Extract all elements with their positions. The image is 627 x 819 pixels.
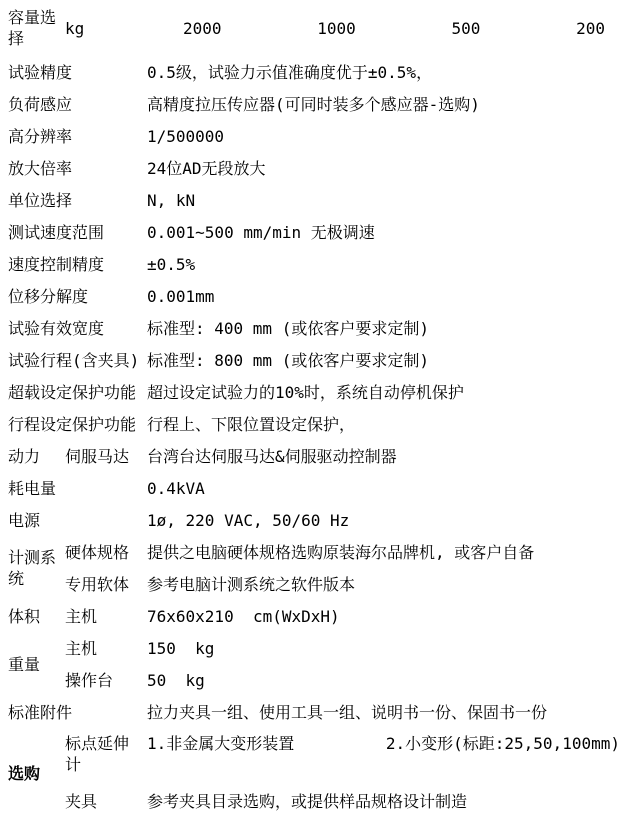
row-load-sensor: 负荷感应 高精度拉压传应器(可同时装多个感应器-选购) — [0, 88, 627, 120]
row-value: 76x60x210 cm(WxDxH) — [147, 606, 627, 627]
row-hardware-spec: 硬体规格 提供之电脑硬体规格选购原装海尔品牌机, 或客户自备 — [57, 536, 627, 568]
group-label: 重量 — [8, 654, 57, 675]
row-overload-protection: 超载设定保护功能 超过设定试验力的10%时，系统自动停机保护 — [0, 376, 627, 408]
row-weight-main-unit: 主机 150 kg — [57, 632, 627, 664]
extensometer-option-2: 2.小变形(标距:25,50,100mm) — [386, 733, 620, 754]
row-value: ±0.5% — [147, 254, 627, 275]
extensometer-option-1: 1.非金属大变形装置 — [147, 733, 294, 754]
row-dedicated-software: 专用软体 参考电脑计测系统之软件版本 — [57, 568, 627, 600]
row-label: 超载设定保护功能 — [8, 382, 147, 403]
row-unit-selection: 单位选择 N, kN — [0, 184, 627, 216]
row-capacity: 容量选择 kg 2000 1000 500 200 — [0, 0, 627, 56]
row-label: 测试速度范围 — [8, 222, 147, 243]
row-speed-control-accuracy: 速度控制精度 ±0.5% — [0, 248, 627, 280]
row-value: 1ø, 220 VAC, 50/60 Hz — [147, 510, 627, 531]
group-label: 计测系统 — [8, 547, 57, 589]
row-stroke-protection: 行程设定保护功能 行程上、下限位置设定保护， — [0, 408, 627, 440]
capacity-value-4: 200 — [576, 18, 605, 39]
row-value: 行程上、下限位置设定保护， — [147, 414, 627, 435]
row-stroke: 试验行程(含夹具) 标准型: 800 mm (或依客户要求定制) — [0, 344, 627, 376]
row-label: 试验精度 — [8, 62, 147, 83]
capacity-label: 容量选择 — [8, 7, 57, 49]
row-sublabel: 主机 — [57, 638, 147, 659]
row-dimensions: 体积 主机 76x60x210 cm(WxDxH) — [0, 600, 627, 632]
row-sublabel: 硬体规格 — [57, 542, 147, 563]
row-effective-width: 试验有效宽度 标准型: 400 mm (或依客户要求定制) — [0, 312, 627, 344]
row-label: 放大倍率 — [8, 158, 147, 179]
row-value: 提供之电脑硬体规格选购原装海尔品牌机, 或客户自备 — [147, 542, 627, 563]
row-value: 150 kg — [147, 638, 627, 659]
row-power-supply: 电源 1ø, 220 VAC, 50/60 Hz — [0, 504, 627, 536]
row-value: 台湾台达伺服马达&伺服驱动控制器 — [147, 446, 627, 467]
group-label: 选购 — [8, 763, 57, 784]
row-label: 试验行程(含夹具) — [8, 350, 147, 371]
row-sublabel: 操作台 — [57, 670, 147, 691]
row-amplification: 放大倍率 24位AD无段放大 — [0, 152, 627, 184]
row-power-consumption: 耗电量 0.4kVA — [0, 472, 627, 504]
group-weight: 重量 主机 150 kg 操作台 50 kg — [0, 632, 627, 696]
capacity-value-2: 1000 — [317, 18, 356, 39]
row-label: 行程设定保护功能 — [8, 414, 147, 435]
row-value: 0.001mm — [147, 286, 627, 307]
row-value: 24位AD无段放大 — [147, 158, 627, 179]
row-sublabel: 标点延伸计 — [57, 733, 147, 775]
row-value: 0.001~500 mm/min 无极调速 — [147, 222, 627, 243]
capacity-unit: kg — [57, 18, 147, 39]
row-value: 参考电脑计测系统之软件版本 — [147, 574, 627, 595]
spec-sheet: 容量选择 kg 2000 1000 500 200 试验精度 0.5级，试验力示… — [0, 0, 627, 819]
row-label: 高分辨率 — [8, 126, 147, 147]
row-resolution: 高分辨率 1/500000 — [0, 120, 627, 152]
row-label: 电源 — [8, 510, 147, 531]
capacity-values: 2000 1000 500 200 — [147, 18, 627, 39]
row-value: 标准型: 400 mm (或依客户要求定制) — [147, 318, 627, 339]
row-label: 动力 — [8, 446, 57, 467]
row-sublabel: 主机 — [57, 606, 147, 627]
row-speed-range: 测试速度范围 0.001~500 mm/min 无极调速 — [0, 216, 627, 248]
row-value: 超过设定试验力的10%时，系统自动停机保护 — [147, 382, 627, 403]
row-weight-console: 操作台 50 kg — [57, 664, 627, 696]
row-label: 位移分解度 — [8, 286, 147, 307]
row-value: 标准型: 800 mm (或依客户要求定制) — [147, 350, 627, 371]
row-extensometer: 标点延伸计 1.非金属大变形装置 2.小变形(标距:25,50,100mm) — [57, 728, 627, 784]
row-displacement-resolution: 位移分解度 0.001mm — [0, 280, 627, 312]
capacity-value-3: 500 — [451, 18, 480, 39]
row-label: 耗电量 — [8, 478, 147, 499]
row-standard-accessories: 标准附件 拉力夹具一组、使用工具一组、说明书一份、保固书一份 — [0, 696, 627, 728]
row-sublabel: 夹具 — [57, 791, 147, 812]
row-label: 体积 — [8, 606, 57, 627]
row-sublabel: 专用软体 — [57, 574, 147, 595]
row-value: 高精度拉压传应器(可同时装多个感应器-选购) — [147, 94, 627, 115]
row-label: 速度控制精度 — [8, 254, 147, 275]
row-value: 1/500000 — [147, 126, 627, 147]
group-measuring-system: 计测系统 硬体规格 提供之电脑硬体规格选购原装海尔品牌机, 或客户自备 专用软体… — [0, 536, 627, 600]
row-value: 0.4kVA — [147, 478, 627, 499]
row-power: 动力 伺服马达 台湾台达伺服马达&伺服驱动控制器 — [0, 440, 627, 472]
row-value: 参考夹具目录选购，或提供样品规格设计制造 — [147, 791, 627, 812]
row-value: 1.非金属大变形装置 2.小变形(标距:25,50,100mm) — [147, 733, 627, 754]
row-label: 负荷感应 — [8, 94, 147, 115]
row-accuracy: 试验精度 0.5级，试验力示值准确度优于±0.5%， — [0, 56, 627, 88]
row-sublabel: 伺服马达 — [57, 446, 147, 467]
row-value: 0.5级，试验力示值准确度优于±0.5%， — [147, 62, 627, 83]
row-value: 50 kg — [147, 670, 627, 691]
row-label: 标准附件 — [8, 702, 147, 723]
group-optional: 选购 标点延伸计 1.非金属大变形装置 2.小变形(标距:25,50,100mm… — [0, 728, 627, 819]
row-fixtures: 夹具 参考夹具目录选购，或提供样品规格设计制造 — [57, 784, 627, 819]
row-value: N, kN — [147, 190, 627, 211]
row-label: 试验有效宽度 — [8, 318, 147, 339]
row-label: 单位选择 — [8, 190, 147, 211]
row-value: 拉力夹具一组、使用工具一组、说明书一份、保固书一份 — [147, 702, 627, 723]
capacity-value-1: 2000 — [183, 18, 222, 39]
